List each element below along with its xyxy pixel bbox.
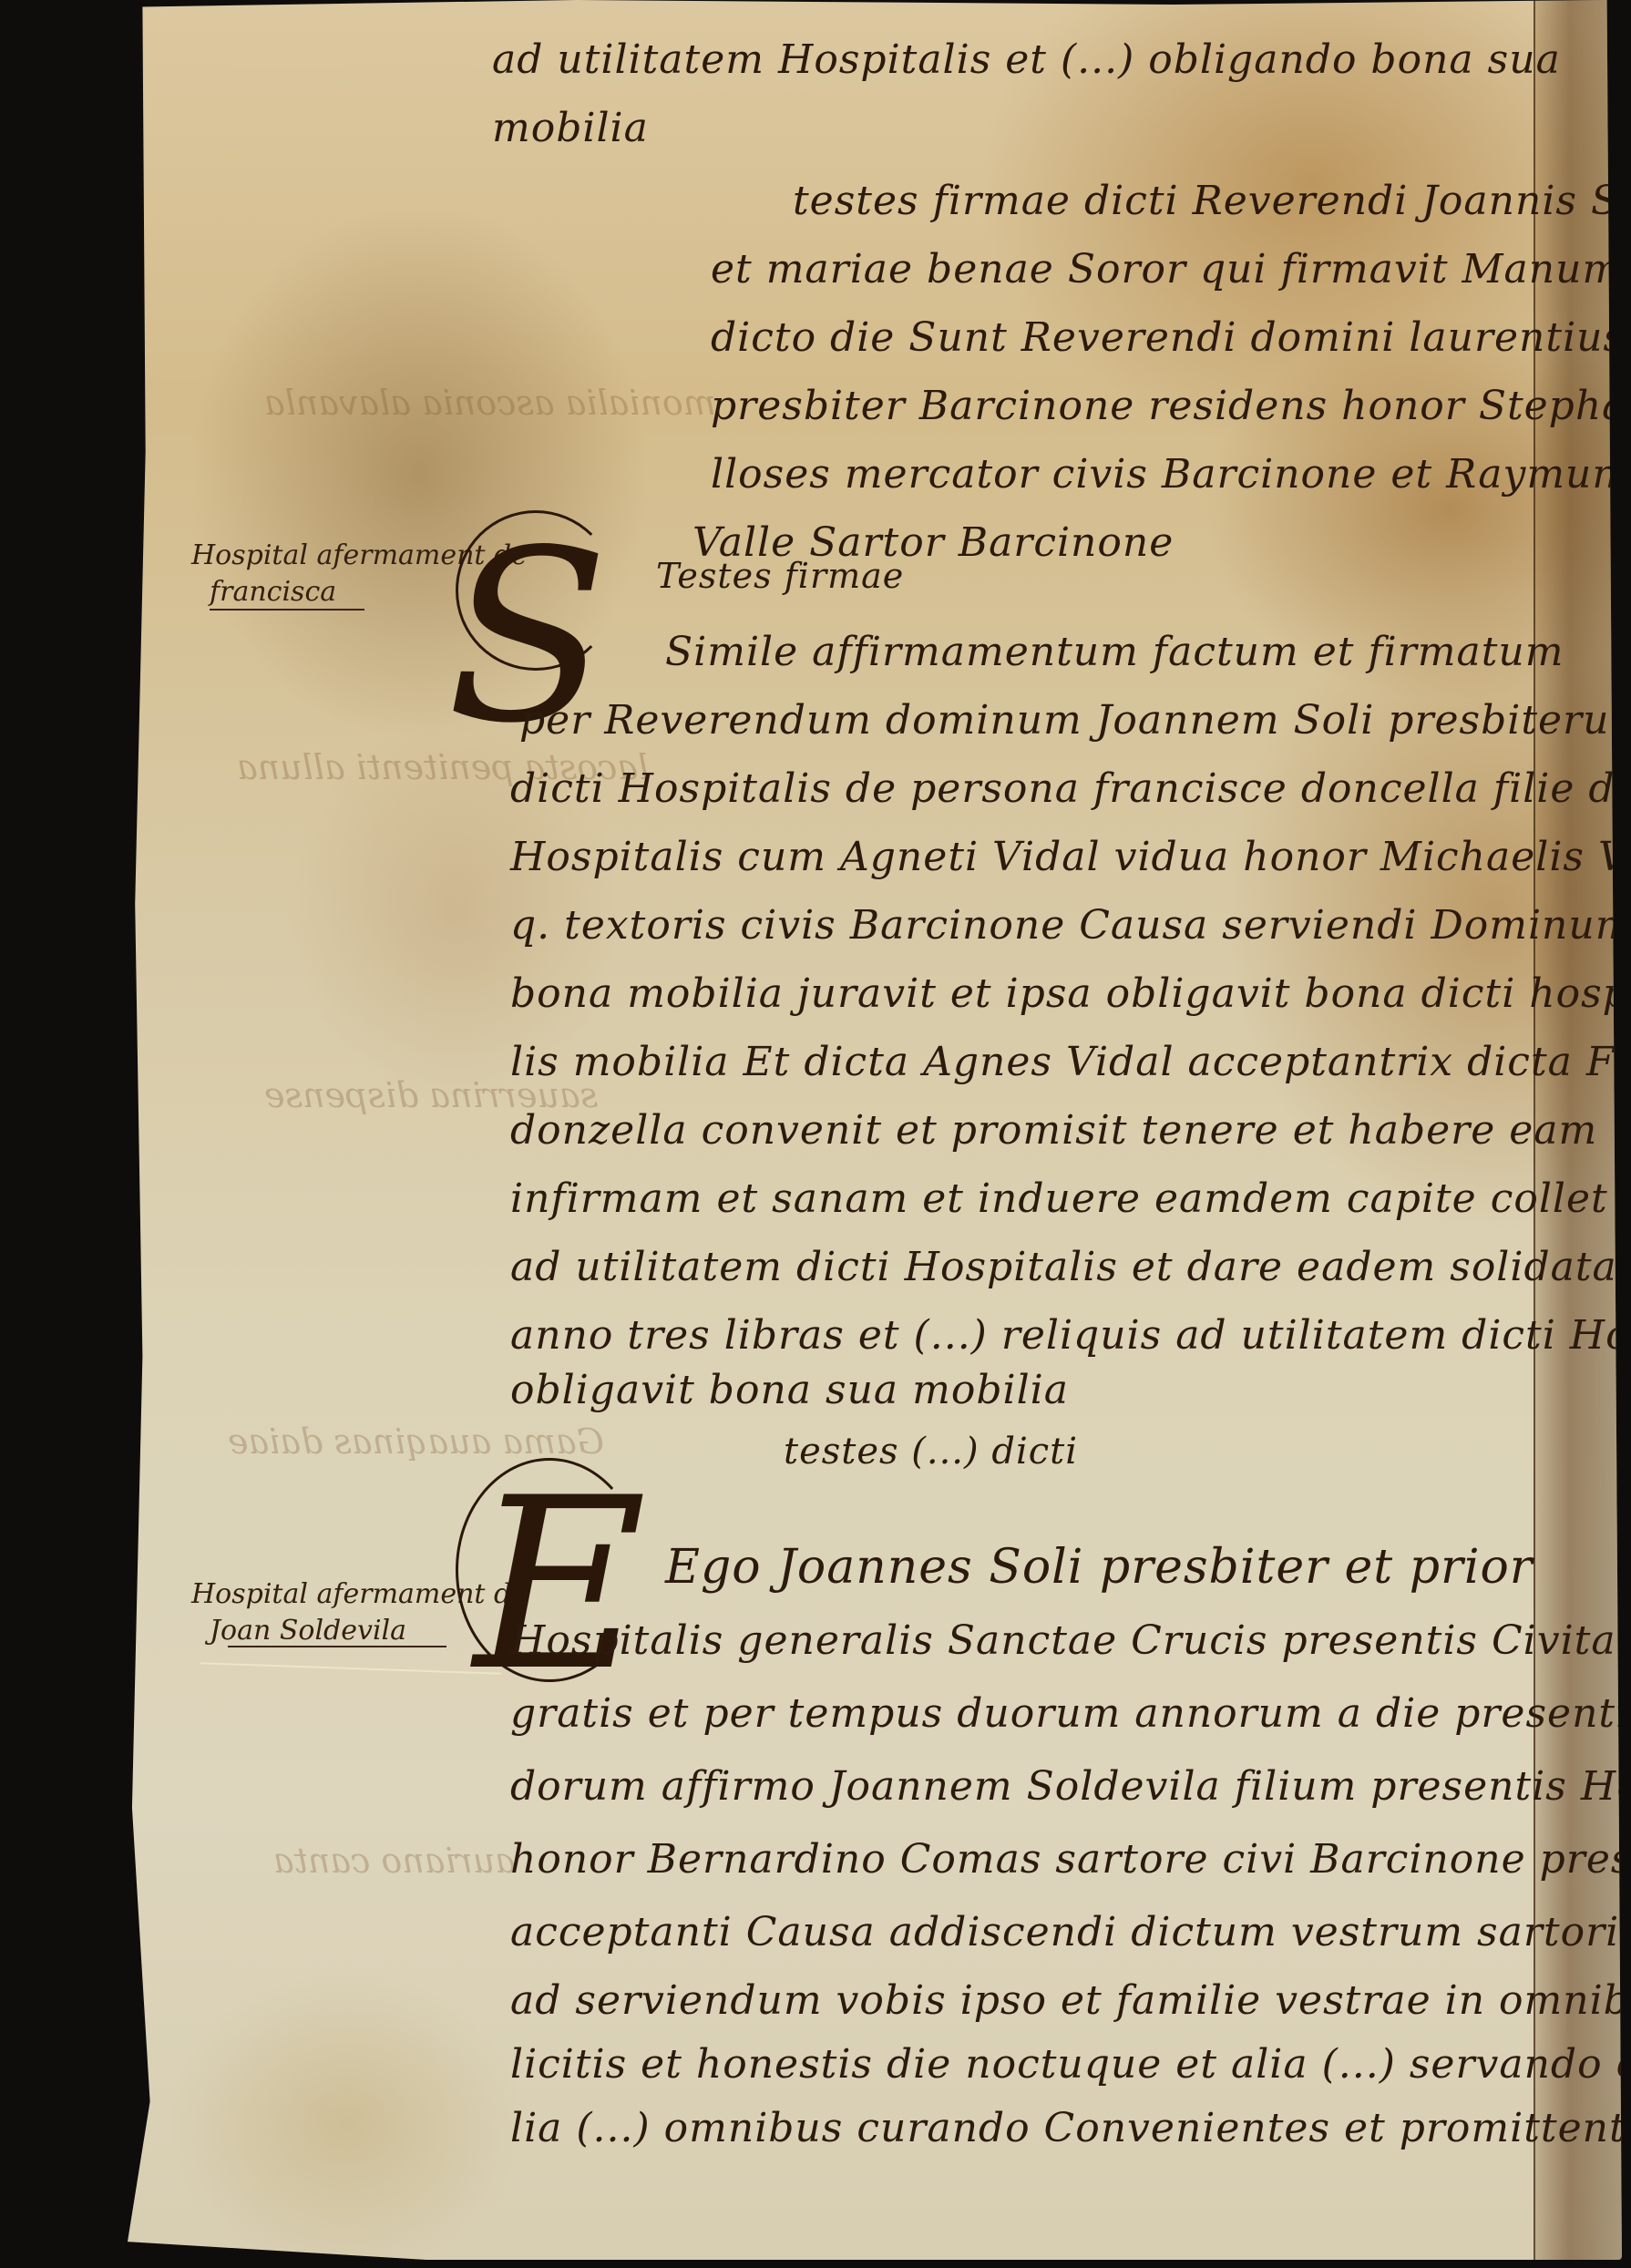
text-line: et mariae benae Soror qui firmavit Manum… (711, 246, 1631, 292)
text-line: licitis et honestis die noctuque et alia… (510, 2041, 1631, 2088)
text-line: infirmam et sanam et induere eamdem capi… (510, 1175, 1631, 1222)
text-line: honor Bernardino Comas sartore civi Barc… (510, 1836, 1631, 1883)
text-line: Hospitalis cum Agneti Vidal vidua honor … (510, 834, 1631, 880)
text-line: lis mobilia Et dicta Agnes Vidal accepta… (510, 1039, 1631, 1085)
underline-stroke (210, 609, 364, 611)
text-line: Ego Joannes Soli presbiter et prior (665, 1540, 1534, 1595)
manuscript-page: monialia asconia alavanla lacosta penite… (128, 0, 1622, 2260)
text-line: Simile affirmamentum factum et firmatum (665, 629, 1564, 675)
text-line: ad serviendum vobis ipso et familie vest… (510, 1977, 1631, 2024)
text-line: donzella convenit et promisit tenere et … (510, 1107, 1597, 1154)
text-line: lloses mercator civis Barcinone et Raymu… (711, 451, 1631, 498)
text-line: testes firmae dicti Reverendi Joannis So… (793, 178, 1631, 224)
text-line: bona mobilia juravit et ipsa obligavit b… (510, 970, 1631, 1017)
text-line: obligavit bona sua mobilia (510, 1367, 1069, 1413)
paper-crease (200, 1662, 501, 1675)
text-line: anno tres libras et (...) reliquis ad ut… (510, 1312, 1631, 1359)
text-line: q. textoris civis Barcinone Causa servie… (510, 902, 1631, 949)
text-line: lia (...) omnibus curando Convenientes e… (510, 2105, 1631, 2151)
text-line: presbiter Barcinone residens honor Steph… (711, 383, 1631, 429)
entry-heading: testes (...) dicti (784, 1431, 1078, 1473)
text-line: dicto die Sunt Reverendi domini laurenti… (711, 314, 1631, 361)
text-line: dicti Hospitalis de persona francisce do… (510, 765, 1631, 812)
text-line: mobilia (492, 105, 649, 151)
bleed-through-text: auriano canta (273, 1841, 516, 1881)
text-line: per Reverendum dominum Joannem Soli pres… (519, 697, 1631, 744)
underline-stroke (228, 1646, 446, 1647)
text-line: ad utilitatem dicti Hospitalis et dare e… (510, 1244, 1631, 1290)
text-line: gratis et per tempus duorum annorum a di… (510, 1690, 1631, 1737)
text-line: ad utilitatem Hospitalis et (...) obliga… (492, 36, 1561, 83)
text-line: dorum affirmo Joannem Soldevila filium p… (510, 1763, 1631, 1810)
text-line: acceptanti Causa addiscendi dictum vestr… (510, 1909, 1631, 1955)
bleed-through-text: monialia asconia alavanla (264, 383, 716, 423)
decorative-initial: E (474, 1467, 647, 1704)
text-line: Hospitalis generalis Sanctae Crucis pres… (510, 1617, 1631, 1664)
entry-heading: Testes firmae (656, 556, 904, 596)
